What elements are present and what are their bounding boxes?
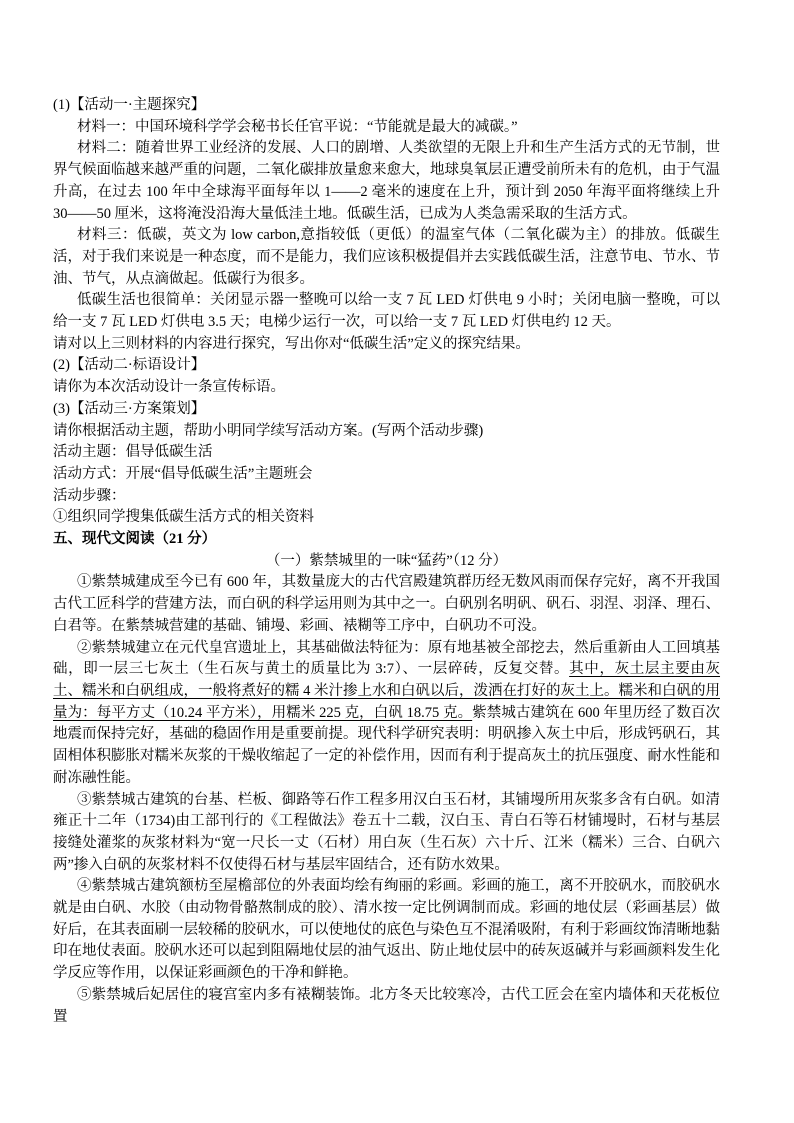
- article-para-1: ①紫禁城建成至今已有 600 年，其数量庞大的古代宫殿建筑群历经无数风雨而保存完…: [53, 572, 720, 637]
- activity2-heading: (2)【活动二·标语设计】: [53, 355, 720, 377]
- explore-task: 请对以上三则材料的内容进行探究，写出你对“低碳生活”定义的探究结果。: [53, 334, 720, 356]
- material-3-examples: 低碳生活也很简单：关闭显示器一整晚可以给一支 7 瓦 LED 灯供电 9 小时；…: [53, 290, 720, 333]
- material-3: 材料三：低碳，英文为 low carbon,意指较低（更低）的温室气体（二氧化碳…: [53, 225, 720, 290]
- plan-step-1: ①组织同学搜集低碳生活方式的相关资料: [53, 507, 720, 529]
- activity1-heading: (1)【活动一·主题探究】: [53, 95, 720, 117]
- article-para-3: ③紫禁城古建筑的台基、栏板、御路等石作工程多用汉白玉石材，其铺墁所用灰浆多含有白…: [53, 790, 720, 877]
- material-1: 材料一：中国环境科学学会秘书长任官平说：“节能就是最大的减碳。”: [53, 117, 720, 139]
- article-para-5: ⑤紫禁城后妃居住的寝宫室内多有裱糊装饰。北方冬天比较寒冷，古代工匠会在室内墙体和…: [53, 985, 720, 1028]
- plan-theme: 活动主题：倡导低碳生活: [53, 442, 720, 464]
- plan-steps-label: 活动步骤：: [53, 486, 720, 508]
- document-page: (1)【活动一·主题探究】 材料一：中国环境科学学会秘书长任官平说：“节能就是最…: [0, 0, 794, 1123]
- activity3-task: 请你根据活动主题，帮助小明同学续写活动方案。(写两个活动步骤): [53, 421, 720, 443]
- plan-method: 活动方式：开展“倡导低碳生活”主题班会: [53, 464, 720, 486]
- material-2: 材料二：随着世界工业经济的发展、人口的剧增、人类欲望的无限上升和生产生活方式的无…: [53, 138, 720, 225]
- activity2-task: 请你为本次活动设计一条宣传标语。: [53, 377, 720, 399]
- article-title: （一）紫禁城里的一味“猛药”（12 分）: [53, 551, 720, 573]
- article-para-2: ②紫禁城建立在元代皇宫遗址上，其基础做法特征为：原有地基被全部挖去，然后重新由人…: [53, 638, 720, 790]
- activity3-heading: (3)【活动三·方案策划】: [53, 399, 720, 421]
- section-heading-modern-reading: 五、现代文阅读（21 分）: [53, 529, 720, 551]
- article-para-4: ④紫禁城古建筑额枋至屋檐部位的外表面均绘有绚丽的彩画。彩画的施工，离不开胶矾水，…: [53, 876, 720, 985]
